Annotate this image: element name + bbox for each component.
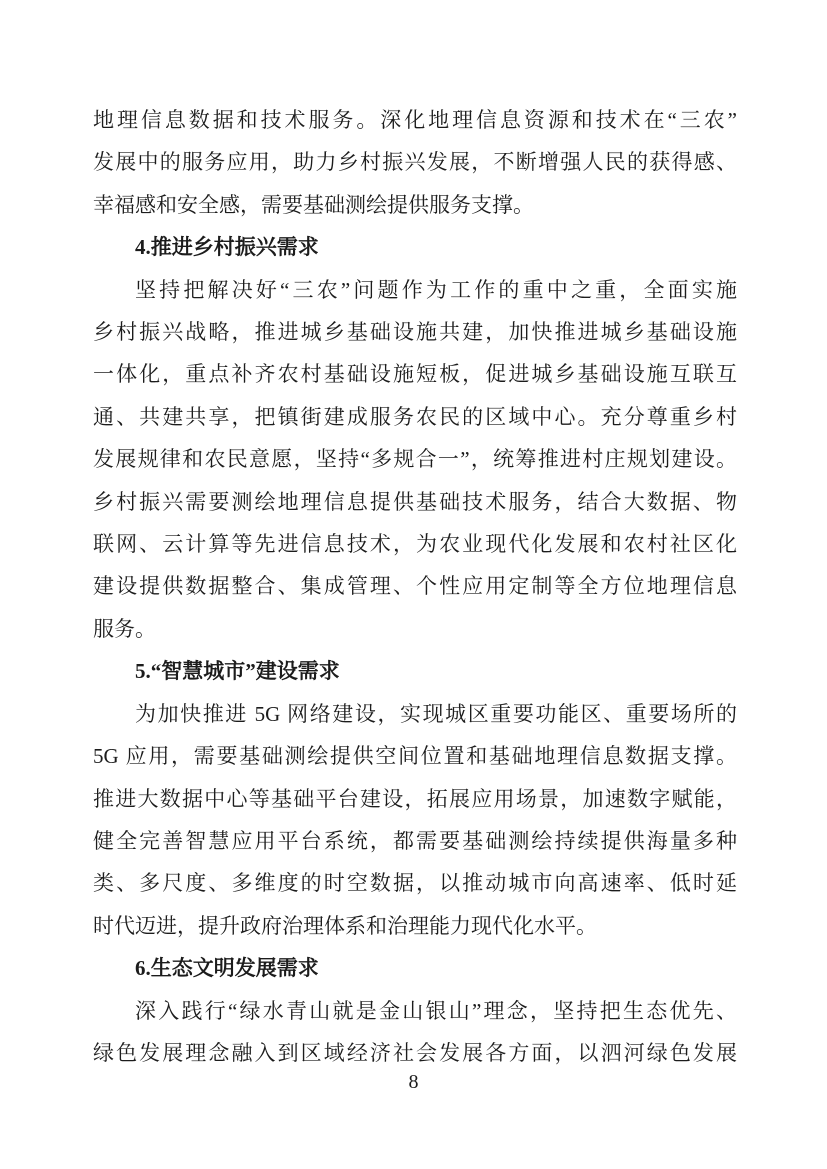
body-paragraph: 坚持把解决好“三农”问题作为工作的重中之重，全面实施乡村振兴战略，推进城乡基础设…: [93, 269, 737, 651]
text-line: 推进大数据中心等基础平台建设，拓展应用场景，加速数字赋能，: [93, 778, 737, 820]
text-line: 服务。: [93, 608, 737, 650]
text-line: 发展规律和农民意愿，坚持“多规合一”，统筹推进村庄规划建设。: [93, 438, 737, 480]
text-line: 乡村振兴战略，推进城乡基础设施共建，加快推进城乡基础设施: [93, 311, 737, 353]
document-page: 地理信息数据和技术服务。深化地理信息资源和技术在“三农”发展中的服务应用，助力乡…: [0, 0, 827, 1169]
page-footer: 8: [0, 1068, 827, 1096]
text-line: 地理信息数据和技术服务。深化地理信息资源和技术在“三农”: [93, 99, 737, 141]
section-heading: 5.“智慧城市”建设需求: [93, 650, 737, 692]
text-line: 深入践行“绿水青山就是金山银山”理念，坚持把生态优先、: [93, 990, 737, 1032]
text-line: 时代迈进，提升政府治理体系和治理能力现代化水平。: [93, 905, 737, 947]
text-line: 建设提供数据整合、集成管理、个性应用定制等全方位地理信息: [93, 565, 737, 607]
text-line: 5G 应用，需要基础测绘提供空间位置和基础地理信息数据支撑。: [93, 735, 737, 777]
text-line: 健全完善智慧应用平台系统，都需要基础测绘持续提供海量多种: [93, 820, 737, 862]
text-line: 通、共建共享，把镇街建成服务农民的区域中心。充分尊重乡村: [93, 396, 737, 438]
page-number: 8: [409, 1071, 419, 1093]
text-line: 联网、云计算等先进信息技术，为农业现代化发展和农村社区化: [93, 523, 737, 565]
section-heading: 4.推进乡村振兴需求: [93, 226, 737, 268]
document-content: 地理信息数据和技术服务。深化地理信息资源和技术在“三农”发展中的服务应用，助力乡…: [93, 99, 737, 1074]
text-line: 一体化，重点补齐农村基础设施短板，促进城乡基础设施互联互: [93, 353, 737, 395]
body-paragraph: 地理信息数据和技术服务。深化地理信息资源和技术在“三农”发展中的服务应用，助力乡…: [93, 99, 737, 226]
body-paragraph: 深入践行“绿水青山就是金山银山”理念，坚持把生态优先、绿色发展理念融入到区域经济…: [93, 990, 737, 1075]
text-line: 幸福感和安全感，需要基础测绘提供服务支撑。: [93, 184, 737, 226]
section-heading: 6.生态文明发展需求: [93, 947, 737, 989]
text-line: 坚持把解决好“三农”问题作为工作的重中之重，全面实施: [93, 269, 737, 311]
text-line: 发展中的服务应用，助力乡村振兴发展，不断增强人民的获得感、: [93, 141, 737, 183]
body-paragraph: 为加快推进 5G 网络建设，实现城区重要功能区、重要场所的5G 应用，需要基础测…: [93, 693, 737, 947]
text-line: 为加快推进 5G 网络建设，实现城区重要功能区、重要场所的: [93, 693, 737, 735]
text-line: 类、多尺度、多维度的时空数据，以推动城市向高速率、低时延: [93, 862, 737, 904]
text-line: 乡村振兴需要测绘地理信息提供基础技术服务，结合大数据、物: [93, 481, 737, 523]
